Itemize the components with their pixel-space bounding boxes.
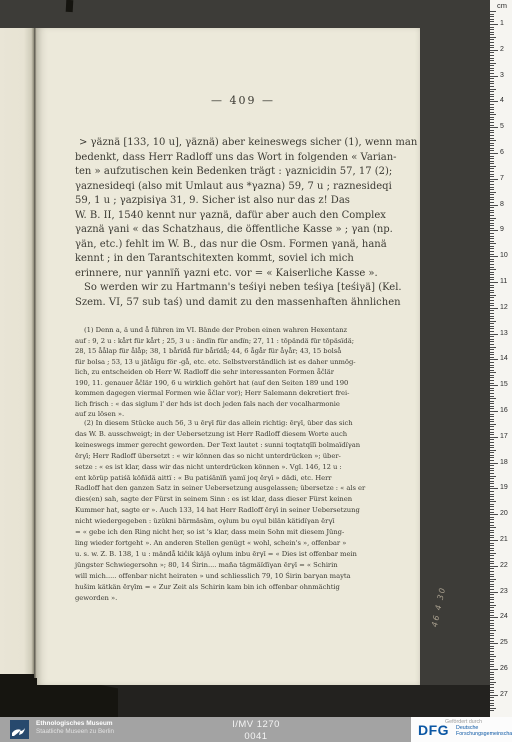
text-line: lich, zu entscheiden ob Herr W. Radloff … xyxy=(75,367,411,378)
ruler-tick xyxy=(490,380,494,381)
text-line: keineswegs immer gerecht geworden. Der T… xyxy=(75,440,411,451)
ruler-number: 24 xyxy=(500,613,512,620)
ruler-tick xyxy=(490,537,494,538)
ruler-tick xyxy=(490,256,498,257)
ruler-tick xyxy=(490,238,494,239)
ruler-tick xyxy=(490,390,494,391)
ruler-number: 13 xyxy=(500,330,512,337)
ruler-tick xyxy=(490,517,494,518)
ruler-tick xyxy=(490,63,496,64)
ruler-tick xyxy=(490,579,496,580)
ruler-tick xyxy=(490,388,494,389)
ruler-tick xyxy=(490,153,498,154)
text-line: will mich..... offenbar nicht heiraten »… xyxy=(75,571,411,582)
ruler-tick xyxy=(490,574,494,575)
ruler-tick xyxy=(490,406,494,407)
ruler-tick xyxy=(490,666,494,667)
main-paragraph-1: > γäznä [133, 10 u], γäznä) aber keinesw… xyxy=(75,136,411,281)
ruler-tick xyxy=(490,68,494,69)
ruler-tick xyxy=(490,326,494,327)
ruler-tick xyxy=(490,478,494,479)
ruler-tick xyxy=(490,254,494,255)
ruler-tick xyxy=(490,581,494,582)
ruler-tick xyxy=(490,228,494,229)
ruler-number: 6 xyxy=(500,149,512,156)
ruler-tick xyxy=(490,421,494,422)
dfg-name: Deutsche Forschungsgemeinschaft xyxy=(456,725,512,737)
ruler-tick xyxy=(490,460,494,461)
ruler-tick xyxy=(490,504,494,505)
ruler-tick xyxy=(490,78,494,79)
ruler-tick xyxy=(490,223,494,224)
ruler-tick xyxy=(490,323,494,324)
ruler-tick xyxy=(490,194,494,195)
ruler-tick xyxy=(490,76,498,77)
ruler-tick xyxy=(490,318,494,319)
ruler-tick xyxy=(490,207,494,208)
ruler-tick xyxy=(490,589,494,590)
ruler-tick xyxy=(490,372,496,373)
ruler-tick xyxy=(490,251,494,252)
ruler-tick xyxy=(490,112,494,113)
ruler-tick xyxy=(490,703,494,704)
ruler-tick xyxy=(490,393,494,394)
ruler-tick xyxy=(490,104,494,105)
ruler-tick xyxy=(490,617,498,618)
ruler-number: 20 xyxy=(500,510,512,517)
ruler-number: 8 xyxy=(500,201,512,208)
ruler-tick xyxy=(490,197,494,198)
text-line: Kummer hat, sagte er ». Auch 133, 14 hat… xyxy=(75,505,411,516)
ruler-tick xyxy=(490,218,496,219)
museum-name: Ethnologisches Museum xyxy=(36,720,114,728)
ruler-tick xyxy=(490,476,496,477)
ruler-tick xyxy=(490,91,494,92)
ruler-tick xyxy=(490,576,494,577)
ruler-tick xyxy=(490,272,494,273)
text-line: (2) In diesem Stücke auch 56, 3 u ērγī f… xyxy=(75,418,411,429)
ruler-tick xyxy=(490,303,494,304)
ruler-tick xyxy=(490,625,494,626)
ruler-tick xyxy=(490,70,494,71)
ruler-tick xyxy=(490,692,494,693)
ruler-tick xyxy=(490,377,494,378)
ruler-tick xyxy=(490,481,494,482)
ruler-tick xyxy=(490,445,494,446)
ruler-tick xyxy=(490,401,494,402)
ruler-number: 23 xyxy=(500,588,512,595)
ruler-tick xyxy=(490,408,494,409)
ruler-tick xyxy=(490,563,494,564)
ruler-tick xyxy=(490,424,496,425)
ruler-tick xyxy=(490,130,494,131)
text-line: bedenkt, dass Herr Radloff uns das Wort … xyxy=(75,151,411,166)
ruler-tick xyxy=(490,396,494,397)
ruler-tick xyxy=(490,432,494,433)
ruler-tick xyxy=(490,592,498,593)
ruler-tick xyxy=(490,488,498,489)
ruler-number: 5 xyxy=(500,123,512,130)
ruler-tick xyxy=(490,555,494,556)
ruler-tick xyxy=(490,452,494,453)
ruler-tick xyxy=(490,512,494,513)
ruler-number: 17 xyxy=(500,433,512,440)
ruler-tick xyxy=(490,148,494,149)
ruler-tick xyxy=(490,654,494,655)
ruler-tick xyxy=(490,494,494,495)
ruler-number: 11 xyxy=(500,278,512,285)
ruler-tick xyxy=(490,501,496,502)
main-paragraph-2: So werden wir zu Hartmann's teśiγi neben… xyxy=(75,281,411,310)
ruler-tick xyxy=(490,184,494,185)
ruler-tick xyxy=(490,615,494,616)
ruler-tick xyxy=(490,612,494,613)
ruler-tick xyxy=(490,243,496,244)
ruler-tick xyxy=(490,21,494,22)
archive-footer-bar: Ethnologisches Museum Staatliche Museen … xyxy=(0,717,512,742)
ruler-tick xyxy=(490,599,494,600)
ruler-tick xyxy=(490,470,494,471)
ruler-tick xyxy=(490,189,494,190)
ruler-tick xyxy=(490,279,494,280)
ruler-tick xyxy=(490,107,494,108)
ruler-tick xyxy=(490,339,494,340)
ruler-tick xyxy=(490,341,494,342)
ruler-tick xyxy=(490,127,498,128)
text-line: Radloff hat den ganzen Satz in seiner Ue… xyxy=(75,483,411,494)
ruler-tick xyxy=(490,27,494,28)
ruler-tick xyxy=(490,89,496,90)
text-line: das W. B. ausschweigt; in der Uebersetzu… xyxy=(75,429,411,440)
ruler-tick xyxy=(490,496,494,497)
ruler-tick xyxy=(490,558,494,559)
ruler-tick xyxy=(490,540,498,541)
ruler-tick xyxy=(490,11,496,12)
ruler-tick xyxy=(490,145,494,146)
ruler-number: 26 xyxy=(500,665,512,672)
ruler-tick xyxy=(490,331,494,332)
ruler-tick xyxy=(490,605,496,606)
ruler-number: 21 xyxy=(500,536,512,543)
ruler-tick xyxy=(490,367,494,368)
pencil-annotation: 46 4 30 xyxy=(430,567,451,628)
ruler-tick xyxy=(490,597,494,598)
text-line: γaznä γani « das Schatzhaus, die öffentl… xyxy=(75,223,411,238)
ruler-tick xyxy=(490,669,498,670)
ruler-tick xyxy=(490,463,498,464)
ruler-tick xyxy=(490,571,494,572)
ruler-tick xyxy=(490,442,494,443)
ruler-tick xyxy=(490,55,494,56)
text-line: für bolsa ; 53, 13 u jätåïgu för -gå, et… xyxy=(75,357,411,368)
ruler-tick xyxy=(490,199,494,200)
ruler-tick xyxy=(490,119,494,120)
ruler-tick xyxy=(490,277,494,278)
ruler-tick xyxy=(490,553,496,554)
ruler-tick xyxy=(490,117,494,118)
text-line: u. s. w. Z. B. 138, 1 u : mändå kičik kä… xyxy=(75,549,411,560)
ruler-tick xyxy=(490,205,498,206)
ruler-tick xyxy=(490,447,494,448)
ruler-number: 15 xyxy=(500,381,512,388)
ruler-tick xyxy=(490,648,494,649)
ruler-tick xyxy=(490,357,494,358)
ruler-tick xyxy=(490,290,494,291)
ruler-tick xyxy=(490,677,494,678)
ruler-tick xyxy=(490,42,494,43)
ruler-number: 19 xyxy=(500,484,512,491)
text-line: erinnere, nur γannïñ γazni etc. vor = « … xyxy=(75,267,411,282)
ruler-tick xyxy=(490,610,494,611)
ruler-tick xyxy=(490,506,494,507)
ruler-tick xyxy=(490,700,494,701)
ruler-tick xyxy=(490,664,494,665)
ruler-tick xyxy=(490,486,494,487)
ruler-tick xyxy=(490,514,498,515)
ruler-tick xyxy=(490,491,494,492)
ruler-tick xyxy=(490,161,494,162)
ruler-tick xyxy=(490,316,494,317)
ruler-tick xyxy=(490,310,494,311)
ruler-tick xyxy=(490,158,494,159)
text-line: 190, 11. genauer ǟčlär 190, 6 u wirklich… xyxy=(75,378,411,389)
ruler-number: 12 xyxy=(500,304,512,311)
ruler-tick xyxy=(490,403,494,404)
ruler-tick xyxy=(490,135,494,136)
ruler-tick xyxy=(490,349,494,350)
ruler-tick xyxy=(490,99,494,100)
ruler-tick xyxy=(490,426,494,427)
ruler-tick xyxy=(490,527,496,528)
ruler-tick xyxy=(490,651,494,652)
text-line: Szem. VI, 57 sub taś) und damit zu den m… xyxy=(75,296,411,311)
ruler-tick xyxy=(490,132,494,133)
ruler-tick xyxy=(490,659,494,660)
ruler-tick xyxy=(490,125,494,126)
ruler-tick xyxy=(490,509,494,510)
ruler-tick xyxy=(490,594,494,595)
ruler-tick xyxy=(490,535,494,536)
ruler-tick xyxy=(490,220,494,221)
ruler-tick xyxy=(490,114,496,115)
ruler-tick xyxy=(490,419,494,420)
ruler-tick xyxy=(490,192,496,193)
dfg-logo-box: Gefördert durch DFG Deutsche Forschungsg… xyxy=(411,717,512,742)
ruler-tick xyxy=(490,32,494,33)
ruler-tick xyxy=(490,73,494,74)
ruler-tick xyxy=(490,623,494,624)
footnote-2: (2) In diesem Stücke auch 56, 3 u ērγī f… xyxy=(75,418,411,603)
ruler-tick xyxy=(490,65,494,66)
object-id-block: I/MV 1270 0041 xyxy=(156,719,356,742)
ruler-tick xyxy=(490,687,494,688)
ruler-tick xyxy=(490,14,494,15)
ruler-tick xyxy=(490,269,496,270)
ruler-number: 27 xyxy=(500,691,512,698)
ruler-tick xyxy=(490,60,494,61)
cm-ruler: cm 1234567891011121314151617181920212223… xyxy=(490,0,512,717)
ruler-tick xyxy=(490,352,494,353)
text-line: setze : « es ist klar, dass wir das nich… xyxy=(75,462,411,473)
ruler-tick xyxy=(490,682,496,683)
ruler-number: 25 xyxy=(500,639,512,646)
text-line: lich frisch : « das siglum l' der hds is… xyxy=(75,399,411,410)
ruler-number: 2 xyxy=(500,46,512,53)
ruler-tick xyxy=(490,336,494,337)
ruler-tick xyxy=(490,94,494,95)
ruler-tick xyxy=(490,109,494,110)
ruler-tick xyxy=(490,695,498,696)
ruler-tick xyxy=(490,308,498,309)
ruler-tick xyxy=(490,439,494,440)
text-line: kommen dagegen viermal Formen wie ǟčlar … xyxy=(75,388,411,399)
ruler-tick xyxy=(490,697,494,698)
ruler-tick xyxy=(490,434,494,435)
ruler-tick xyxy=(490,96,494,97)
ruler-tick xyxy=(490,638,494,639)
ruler-tick xyxy=(490,483,494,484)
ruler-tick xyxy=(490,679,494,680)
ruler-tick xyxy=(490,545,494,546)
ruler-tick xyxy=(490,295,496,296)
scanned-document-viewer: — 409 — > γäznä [133, 10 u], γäznä) aber… xyxy=(0,0,512,742)
ruler-tick xyxy=(490,150,494,151)
ruler-tick xyxy=(490,473,494,474)
ruler-tick xyxy=(490,259,494,260)
dfg-logo-icon: DFG xyxy=(418,722,449,738)
ruler-tick xyxy=(490,321,496,322)
ruler-tick xyxy=(490,359,498,360)
ruler-tick xyxy=(490,300,494,301)
shelfmark: I/MV 1270 xyxy=(156,719,356,730)
ruler-tick xyxy=(490,334,498,335)
ruler-tick xyxy=(490,414,494,415)
ruler-tick xyxy=(490,166,496,167)
ruler-tick xyxy=(490,210,494,211)
ruler-tick xyxy=(490,138,494,139)
ruler-tick xyxy=(490,282,498,283)
ruler-tick xyxy=(490,641,494,642)
ruler-tick xyxy=(490,530,494,531)
ruler-tick xyxy=(490,437,498,438)
ruler-tick xyxy=(490,354,494,355)
text-line: hušim kätkän ērγīm = « Zur Zeit als Schi… xyxy=(75,582,411,593)
ruler-number: 9 xyxy=(500,226,512,233)
ruler-number: 4 xyxy=(500,97,512,104)
ruler-tick xyxy=(490,171,494,172)
ruler-tick xyxy=(490,710,494,711)
ruler-tick xyxy=(490,684,494,685)
text-line: kennt ; in den Tarantschitexten kommt, s… xyxy=(75,252,411,267)
ruler-tick xyxy=(490,398,496,399)
ruler-tick xyxy=(490,274,494,275)
ruler-tick xyxy=(490,267,494,268)
ruler-tick xyxy=(490,385,498,386)
ruler-tick xyxy=(490,548,494,549)
ruler-tick xyxy=(490,450,496,451)
ruler-tick xyxy=(490,230,498,231)
ruler-tick xyxy=(490,455,494,456)
ruler-tick xyxy=(490,347,496,348)
museum-logo-icon xyxy=(10,720,29,739)
text-line: ent körüp patiśā köñïdä aittï : « Bu pat… xyxy=(75,473,411,484)
ruler-tick xyxy=(490,19,494,20)
ruler-tick xyxy=(490,168,494,169)
ruler-tick xyxy=(490,86,494,87)
text-line: ling wieder fortgeht ». An anderen Stell… xyxy=(75,538,411,549)
ruler-number: 10 xyxy=(500,252,512,259)
ruler-tick xyxy=(490,566,498,567)
ruler-tick xyxy=(490,550,494,551)
ruler-unit-label: cm xyxy=(497,1,507,10)
ruler-tick xyxy=(490,101,498,102)
ruler-tick xyxy=(490,620,494,621)
ruler-tick xyxy=(490,24,498,25)
ruler-tick xyxy=(490,233,494,234)
ruler-tick xyxy=(490,522,494,523)
ruler-tick xyxy=(490,202,494,203)
museum-text-block: Ethnologisches Museum Staatliche Museen … xyxy=(36,720,114,736)
text-line: jüngster Schwiegersohn »; 80, 14 Śirin..… xyxy=(75,560,411,571)
ruler-tick xyxy=(490,465,494,466)
adjacent-page-edge xyxy=(0,28,34,674)
text-line: So werden wir zu Hartmann's teśiγi neben… xyxy=(75,281,411,296)
ruler-tick xyxy=(490,50,498,51)
ruler-tick xyxy=(490,633,494,634)
ruler-tick xyxy=(490,365,494,366)
ruler-tick xyxy=(490,630,496,631)
ruler-tick xyxy=(490,375,494,376)
ruler-tick xyxy=(490,370,494,371)
ruler-number: 18 xyxy=(500,459,512,466)
text-line: γaznesideqi (also mit Umlaut aus *γazna)… xyxy=(75,180,411,195)
dfg-name-line2: Forschungsgemeinschaft xyxy=(456,731,512,737)
ruler-tick xyxy=(490,344,494,345)
ruler-tick xyxy=(490,122,494,123)
museum-subtitle: Staatliche Museen zu Berlin xyxy=(36,728,114,736)
ruler-tick xyxy=(490,568,494,569)
ruler-number: 7 xyxy=(500,175,512,182)
ruler-tick xyxy=(490,287,494,288)
ruler-tick xyxy=(490,561,494,562)
text-line: ērγī; Herr Radloff übersetzt : « wir kön… xyxy=(75,451,411,462)
footnote-1: (1) Denn a, ä und å führen im VI. Bände … xyxy=(75,325,411,420)
ruler-tick xyxy=(490,45,494,46)
text-line: γän, etc.) fehlt im W. B., das nur die O… xyxy=(75,238,411,253)
ruler-tick xyxy=(490,264,494,265)
ruler-tick xyxy=(490,584,494,585)
ruler-tick xyxy=(490,236,494,237)
ruler-tick xyxy=(490,163,494,164)
ruler-tick xyxy=(490,586,494,587)
ruler-tick xyxy=(490,499,494,500)
ruler-tick xyxy=(490,215,494,216)
text-line: auf : 9, 2 u : kårt für kårt ; 25, 3 u :… xyxy=(75,336,411,347)
ruler-tick xyxy=(490,58,494,59)
ruler-tick xyxy=(490,29,494,30)
ruler-number: 1 xyxy=(500,20,512,27)
ruler-tick xyxy=(490,156,494,157)
ruler-number: 16 xyxy=(500,407,512,414)
ruler-tick xyxy=(490,212,494,213)
text-line: 28, 15 åålap für ålåp; 38, 1 bårïdå für … xyxy=(75,346,411,357)
ruler-tick xyxy=(490,607,494,608)
ruler-tick xyxy=(490,176,494,177)
text-line: = « gebe ich den Ring nicht her, so ist … xyxy=(75,527,411,538)
ruler-number: 3 xyxy=(500,72,512,79)
ruler-tick xyxy=(490,674,494,675)
ruler-tick xyxy=(490,37,496,38)
